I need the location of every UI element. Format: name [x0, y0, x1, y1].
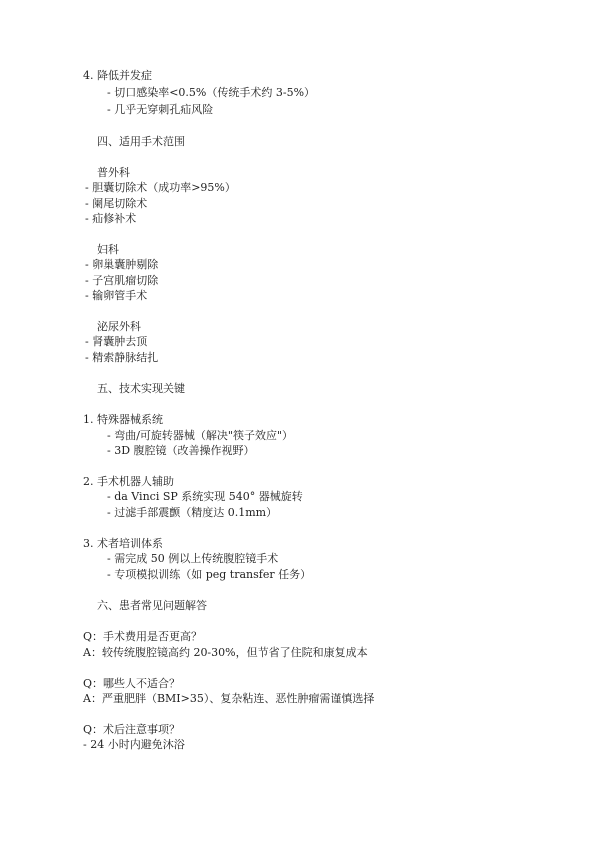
list-item: - 疝修补术 [85, 212, 136, 226]
sub-item: - 3D 腹腔镜（改善操作视野） [107, 444, 255, 458]
question: Q：手术费用是否更高？ [83, 630, 202, 644]
question: Q：哪些人不适合？ [83, 677, 180, 691]
category-heading: 泌尿外科 [97, 320, 141, 334]
category-heading: 普外科 [97, 166, 130, 180]
sub-item: - 切口感染率<0.5%（传统手术约 3-5%） [107, 86, 315, 100]
list-item: - 胆囊切除术（成功率>95%） [85, 181, 236, 195]
list-item: - 精索静脉结扎 [85, 351, 158, 365]
numbered-heading: 3. 术者培训体系 [83, 537, 163, 551]
numbered-heading: 1. 特殊器械系统 [83, 413, 163, 427]
sub-item: - 需完成 50 例以上传统腹腔镜手术 [107, 552, 278, 566]
list-item: - 输卵管手术 [85, 289, 147, 303]
list-item: - 肾囊肿去顶 [85, 335, 147, 349]
list-item: - 24 小时内避免沐浴 [83, 738, 185, 752]
question: Q：术后注意事项？ [83, 723, 180, 737]
answer: A：严重肥胖（BMI>35）、复杂粘连、恶性肿瘤需谨慎选择 [83, 692, 374, 706]
sub-item: - 弯曲/可旋转器械（解决"筷子效应"） [107, 429, 293, 443]
document-page: 4. 降低并发症- 切口感染率<0.5%（传统手术约 3-5%）- 几乎无穿刺孔… [0, 0, 595, 841]
sub-item: - 几乎无穿刺孔疝风险 [107, 103, 213, 117]
numbered-heading: 2. 手术机器人辅助 [83, 475, 174, 489]
category-heading: 妇科 [97, 243, 119, 257]
sub-item: - da Vinci SP 系统实现 540° 器械旋转 [107, 490, 303, 504]
sub-item: - 专项模拟训练（如 peg transfer 任务） [107, 568, 311, 582]
list-item: - 子宫肌瘤切除 [85, 274, 158, 288]
answer: A：较传统腹腔镜高约 20-30%，但节省了住院和康复成本 [83, 646, 368, 660]
section-heading: 四、适用手术范围 [97, 135, 185, 149]
section-heading: 六、患者常见问题解答 [97, 599, 207, 613]
numbered-heading: 4. 降低并发症 [83, 69, 152, 83]
sub-item: - 过滤手部震颤（精度达 0.1mm） [107, 506, 277, 520]
list-item: - 卵巢囊肿剔除 [85, 258, 158, 272]
list-item: - 阑尾切除术 [85, 197, 147, 211]
section-heading: 五、技术实现关键 [97, 382, 185, 396]
